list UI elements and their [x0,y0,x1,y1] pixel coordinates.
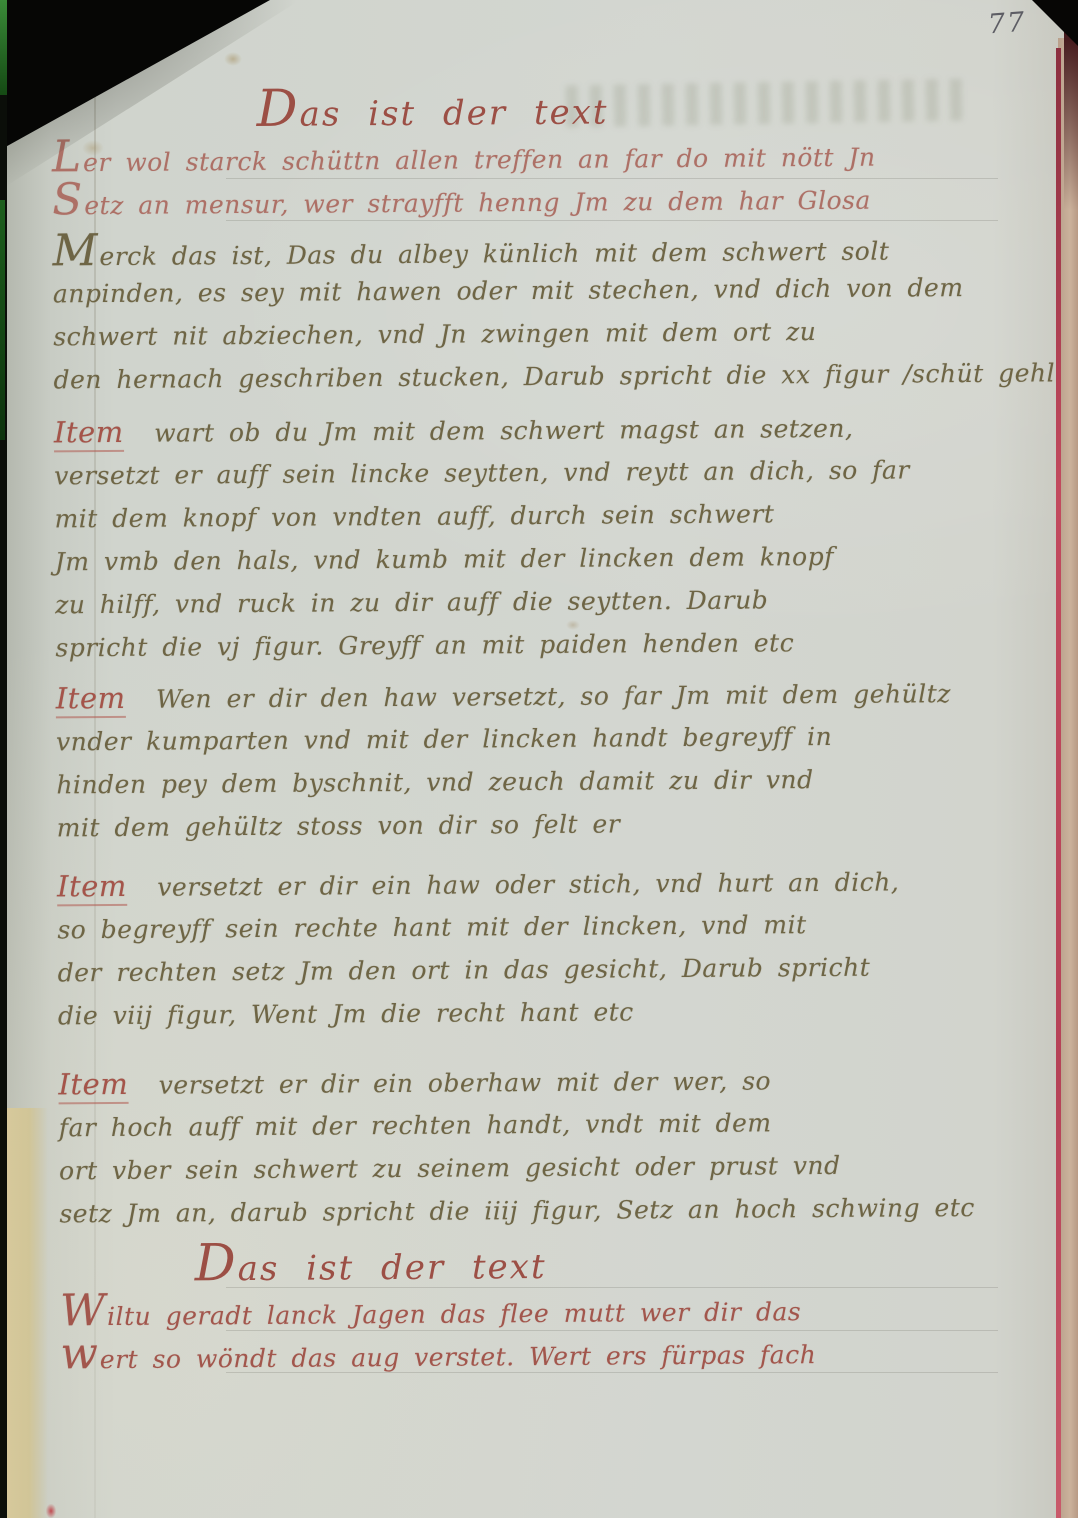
item-line-text: versetzt er dir ein haw oder stich, vnd … [157,867,899,901]
verse-line: Ler wol starck schüttn allen treffen an … [52,129,1017,179]
item-paragraph-3: Item versetzt er dir ein haw oder stich,… [57,859,1023,1038]
item-line: spricht die vj figur. Greyff an mit paid… [55,620,1020,670]
book-fore-edge [1058,38,1078,1518]
item-rubric-marker: Item [56,681,126,718]
verse-line: Setz an mensur, wer strayfft henng Jm zu… [52,172,1017,222]
handwritten-text-block: Das ist der text Ler wol starck schüttn … [52,81,1026,1376]
item-line: versetzt er auff sein lincke seytten, vn… [54,448,1019,498]
item-line-text: versetzt er dir ein oberhaw mit der wer,… [159,1066,772,1099]
item-line: die viij figur, Went Jm die recht hant e… [58,988,1023,1038]
red-edge-speck [46,1504,56,1518]
item-line: Jm vmb den hals, vnd kumb mit der lincke… [55,534,1020,584]
item-line: far hoch auff mit der rechten handt, vnd… [59,1100,1024,1150]
item-line: mit dem gehültz stoss von dir so felt er [57,800,1022,850]
item-line: Item wart ob du Jm mit dem schwert magst… [54,405,1019,455]
item-line: setz Jm an, darub spricht die iiij figur… [59,1186,1024,1236]
page-number: 77 [987,7,1027,41]
red-stained-edge [1056,48,1061,1518]
item-line: vnder kumparten vnd mit der lincken hand… [56,714,1021,764]
item-paragraph-1: Item wart ob du Jm mit dem schwert magst… [54,405,1021,670]
item-rubric-marker: Item [57,869,127,906]
item-line: mit dem knopf von vndten auff, durch sei… [54,491,1019,541]
green-binding-sliver-top [0,0,7,95]
gloss-line: schwert nit abziechen, vnd Jn zwingen mi… [53,309,1018,359]
item-paragraph-2: Item Wen er dir den haw versetzt, so far… [56,671,1022,850]
item-line: der rechten setz Jm den ort in das gesic… [58,945,1023,995]
item-line: hinden pey dem byschnit, vnd zeuch damit… [56,757,1021,807]
rubric-heading-top: Das ist der text [257,81,1017,134]
item-line-text: Wen er dir den haw versetzt, so far Jm m… [156,679,951,714]
item-line-text: wart ob du Jm mit dem schwert magst an s… [154,414,853,448]
verse-line: wert so wöndt das aug verstet. Wert ers … [60,1326,1025,1376]
rubric-heading-bottom: Das ist der text [195,1235,1025,1289]
verse-line: Wiltu geradt lanck Jagen das flee mutt w… [60,1283,1025,1333]
item-line: Item Wen er dir den haw versetzt, so far… [56,671,1021,721]
parchment-page: 77 Das ist der text Ler wol starck schüt… [6,0,1078,1518]
item-paragraph-4: Item versetzt er dir ein oberhaw mit der… [58,1057,1024,1236]
item-rubric-marker: Item [58,1067,128,1104]
item-line: ort vber sein schwert zu seinem gesicht … [59,1143,1024,1193]
item-line: so begreyff sein rechte hant mit der lin… [57,902,1022,952]
item-rubric-marker: Item [54,415,124,452]
gloss-line: den hernach geschriben stucken, Darub sp… [53,352,1018,402]
underlying-page-edge [0,1108,48,1518]
foxing-stain [224,52,242,66]
gloss-line: Merck das ist, Das du albey künlich mit … [53,223,1018,273]
gloss-line: anpinden, es sey mit hawen oder mit stec… [53,266,1018,316]
fore-edge-shadow [1064,30,1078,210]
manuscript-photo: 77 Das ist der text Ler wol starck schüt… [0,0,1078,1518]
item-line: Item versetzt er dir ein oberhaw mit der… [58,1057,1023,1107]
item-line: Item versetzt er dir ein haw oder stich,… [57,859,1022,909]
green-binding-sliver-mid [0,200,5,440]
gloss-paragraph: Merck das ist, Das du albey künlich mit … [53,223,1019,402]
item-line: zu hilff, vnd ruck in zu dir auff die se… [55,577,1020,627]
